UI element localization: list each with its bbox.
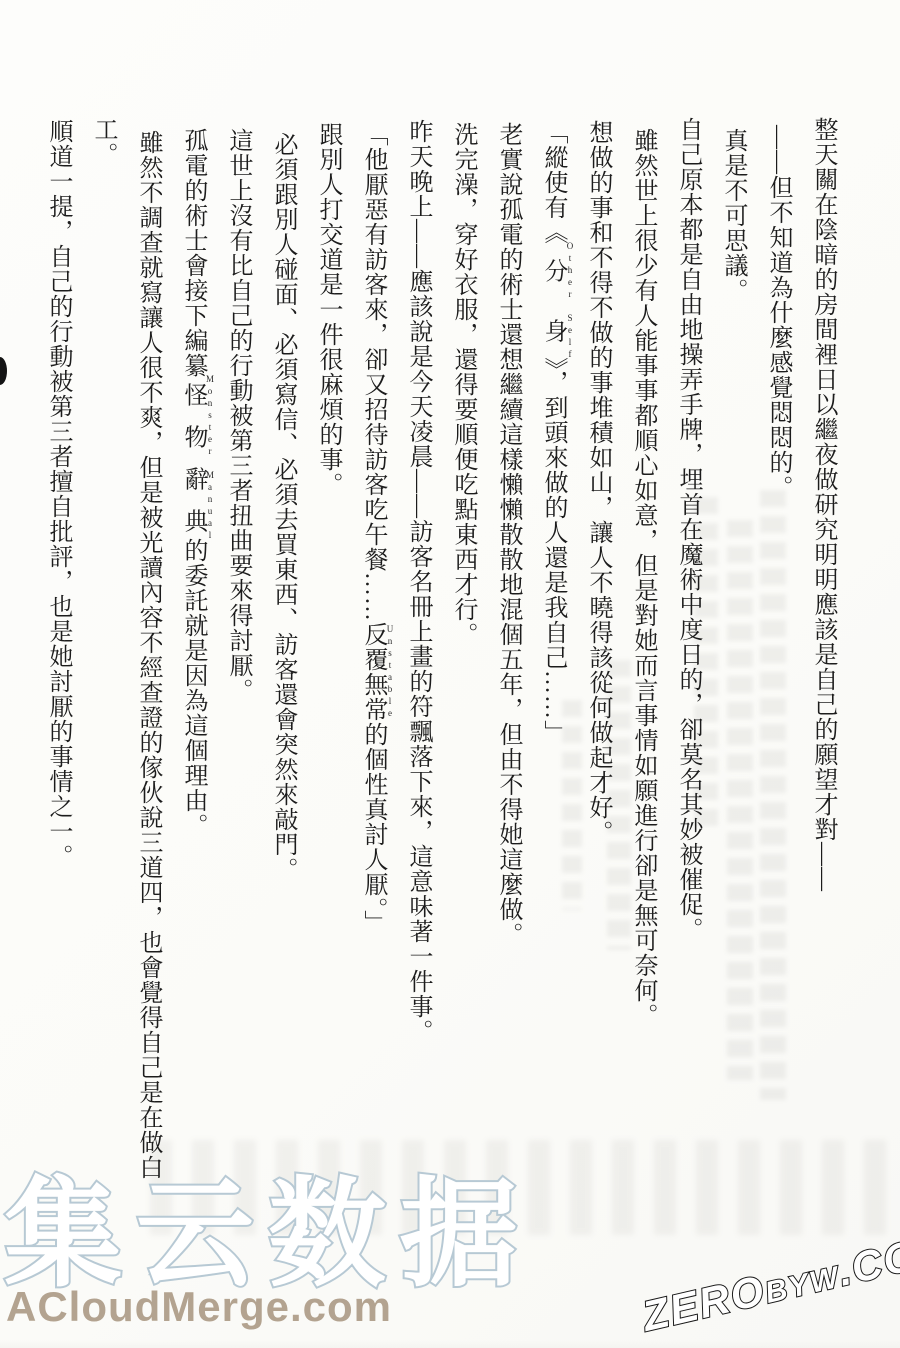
vertical-text-block: 整天關在陰暗的房間裡日以繼夜做研究明明應該是自己的願望才對————但不知道為什麼… [55, 117, 845, 1225]
text-column: 昨天晚上——應該說是今天凌晨——訪客名冊上畫的符飄落下來，這意味著一件事。 [395, 117, 440, 1225]
text-column: 「他厭惡有訪客來，卻又招待訪客吃午餐……反覆無常Unstable的個性真討人厭。… [350, 117, 395, 1225]
watermark-acloudmerge: ACloudMerge.com [6, 1284, 392, 1330]
page-edge-shading [0, 1340, 900, 1348]
scanned-novel-page: 整天關在陰暗的房間裡日以繼夜做研究明明應該是自己的願望才對————但不知道為什麼… [0, 0, 900, 1348]
ruby-annotation: Monster Manual [205, 374, 215, 542]
text-column: 整天關在陰暗的房間裡日以繼夜做研究明明應該是自己的願望才對—— [800, 117, 845, 1225]
text-column: 「縱使有《分身Other Self》，到頭來做的人還是我自己……」 [530, 117, 575, 1225]
scan-edge-mark [0, 357, 7, 385]
text-column: 這世上沒有比自己的行動被第三者扭曲要來得討厭。 [215, 117, 260, 1225]
watermark-byw-text: BYW [762, 1261, 843, 1310]
text-column: 孤電的術士會接下編纂怪物辭典Monster Manual的委託就是因為這個理由。 [170, 117, 215, 1225]
page-edge-shading [888, 0, 900, 1348]
watermark-zero-text: ZERO [638, 1266, 770, 1340]
text-column: 順道一提，自己的行動被第三者擅自批評，也是她討厭的事情之一。 [35, 117, 80, 1225]
text-column: 雖然世上很少有人能事事都順心如意，但是對她而言事情如願進行卻是無可奈何。 [620, 117, 665, 1225]
text-column: 老實說孤電的術士還想繼續這樣懶懶散散地混個五年，但由不得她這麼做。 [485, 117, 530, 1225]
text-column: 跟別人打交道是一件很麻煩的事。 [305, 117, 350, 1225]
ruby-annotated-term: 分身Other Self [540, 245, 566, 357]
ruby-annotated-term: 反覆無常Unstable [360, 622, 386, 722]
watermark-bubble-cn: 集云数据 [4, 1176, 564, 1294]
text-column: 自己原本都是自由地操弄手牌，埋首在魔術中度日的，卻莫名其妙被催促。 [665, 117, 710, 1225]
text-column: ——但不知道為什麼感覺悶悶的。 [755, 117, 800, 1225]
ruby-annotation: Unstable [385, 622, 395, 722]
ruby-annotation: Other Self [565, 241, 575, 361]
watermark-zerobyw: ZEROBYW.COM [639, 1225, 900, 1338]
text-column: 想做的事和不得不做的事堆積如山，讓人不曉得該從何做起才好。 [575, 117, 620, 1225]
text-column: 洗完澡，穿好衣服，還得要順便吃點東西才行。 [440, 117, 485, 1225]
text-column: 雖然不調查就寫讓人很不爽，但是被光讀內容不經查證的傢伙說三道四，也會覺得自己是在… [80, 117, 170, 1225]
text-column: 必須跟別人碰面、必須寫信、必須去買東西、訪客還會突然來敲門。 [260, 117, 305, 1225]
ruby-annotated-term: 怪物辭典Monster Manual [180, 378, 206, 538]
text-column: 真是不可思議。 [710, 117, 755, 1225]
